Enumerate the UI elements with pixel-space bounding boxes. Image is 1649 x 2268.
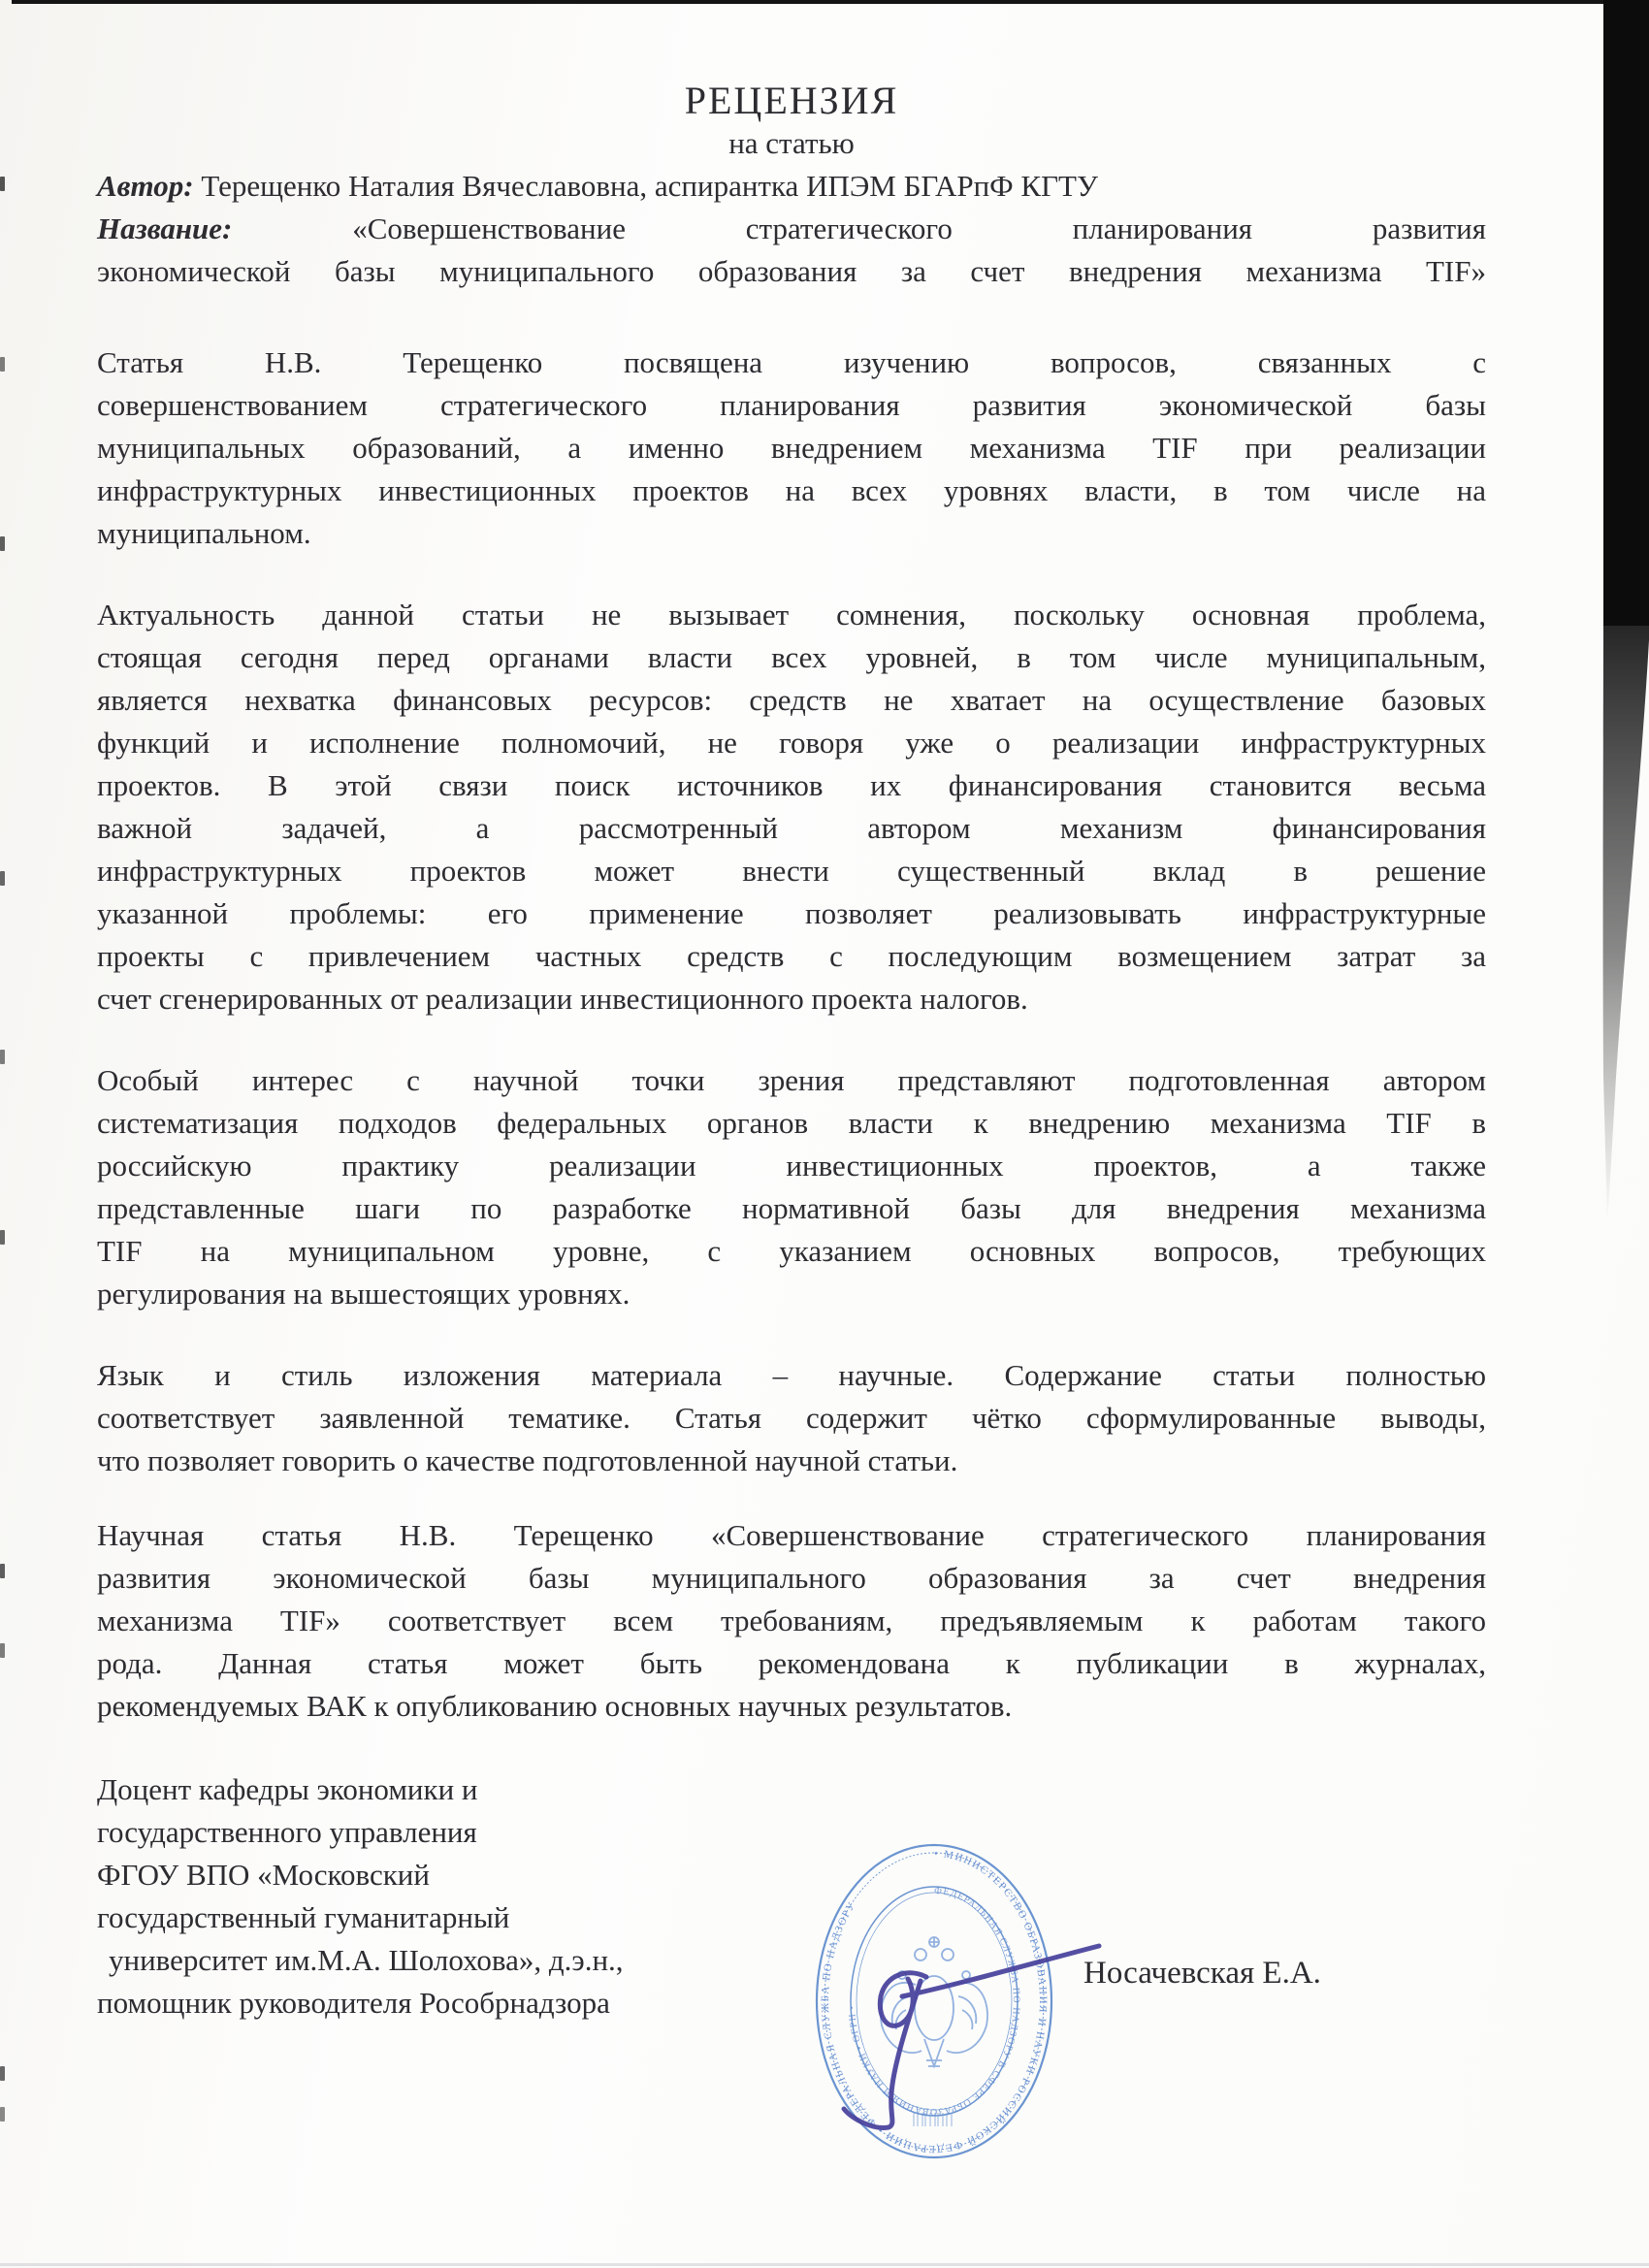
paragraph-line: муниципальном.	[97, 512, 1486, 555]
scan-artifact-right-blob	[1571, 0, 1649, 1232]
stamp-eagle-emblem	[881, 1937, 987, 2066]
paragraph-line: счет сгенерированных от реализации инвес…	[97, 978, 1486, 1021]
author-label: Автор:	[97, 169, 194, 203]
paragraph-line: российскую практику реализации инвестици…	[97, 1145, 1486, 1187]
signer-name: Носачевская Е.А.	[1083, 1956, 1321, 1992]
paragraph: Актуальность данной статьи не вызывает с…	[97, 594, 1486, 1021]
reviewer-position-line: государственного управления	[97, 1811, 624, 1854]
scan-artifact-bottom-edge	[0, 2263, 1649, 2266]
paragraph-line: муниципальных образований, а именно внед…	[97, 427, 1486, 470]
reviewer-position-line: помощник руководителя Рособрнадзора	[97, 1982, 624, 2025]
paragraph: Язык и стиль изложения материала – научн…	[97, 1354, 1486, 1482]
stamp-inner-ring-text: ФЕДЕРАЛЬНАЯ СЛУЖБА ПО НАДЗОРУ В СФЕРЕ ОБ…	[847, 1886, 1021, 2117]
paragraph-line: развития экономической базы муниципально…	[97, 1557, 1486, 1600]
scan-artifact-left-tick	[0, 2107, 5, 2122]
page-title: РЕЦЕНЗИЯ	[97, 80, 1486, 122]
paragraph-line: указанной проблемы: его применение позво…	[97, 892, 1486, 935]
paragraph-line: важной задачей, а рассмотренный автором …	[97, 807, 1486, 850]
official-stamp: • МИНИСТЕРСТВО ОБРАЗОВАНИЯ И НАУКИ РОССИ…	[793, 1822, 1123, 2190]
reviewer-position-line: Доцент кафедры экономики и	[97, 1768, 624, 1811]
article-title-line: Название: «Совершенствование стратегичес…	[97, 208, 1486, 250]
reviewer-position-line: государственный гуманитарный	[97, 1896, 624, 1939]
paragraph-line: механизма TIF» соответствует всем требов…	[97, 1600, 1486, 1642]
scan-artifact-left-tick	[0, 1230, 5, 1245]
paragraph: Статья Н.В. Терещенко посвящена изучению…	[97, 341, 1486, 555]
paragraph-line: рекомендуемых ВАК к опубликованию основн…	[97, 1685, 1486, 1728]
author-text: Терещенко Наталия Вячеславовна, аспирант…	[201, 169, 1098, 203]
paragraph-line: Язык и стиль изложения материала – научн…	[97, 1354, 1486, 1397]
paragraph-line: регулирования на вышестоящих уровнях.	[97, 1273, 1486, 1315]
scan-artifact-left-tick	[0, 536, 5, 551]
reviewer-position-line: университет им.М.А. Шолохова», д.э.н.,	[97, 1939, 624, 1982]
scan-artifact-left-tick	[0, 2066, 5, 2081]
paragraph-line: совершенствованием стратегического плани…	[97, 384, 1486, 427]
article-title-label: Название:	[97, 211, 232, 245]
paragraph-line: TIF на муниципальном уровне, с указанием…	[97, 1230, 1486, 1273]
scan-artifact-left-tick	[0, 1050, 5, 1064]
paragraph-line: проектов. В этой связи поиск источников …	[97, 764, 1486, 807]
paragraph-line: инфраструктурных инвестиционных проектов…	[97, 470, 1486, 512]
review-body: Статья Н.В. Терещенко посвящена изучению…	[97, 341, 1486, 1728]
scan-artifact-left-tick	[0, 1643, 5, 1658]
scan-artifact-left-tick	[0, 177, 5, 191]
scan-artifact-left-tick	[0, 871, 5, 886]
paragraph-line: Особый интерес с научной точки зрения пр…	[97, 1059, 1486, 1102]
paragraph-line: систематизация подходов федеральных орга…	[97, 1102, 1486, 1145]
scan-artifact-top-edge	[12, 0, 1649, 4]
paragraph-line: проекты с привлечением частных средств с…	[97, 935, 1486, 978]
paragraph: Особый интерес с научной точки зрения пр…	[97, 1059, 1486, 1315]
reviewer-position-block: Доцент кафедры экономики игосударственно…	[97, 1768, 624, 2025]
author-line: Автор: Терещенко Наталия Вячеславовна, а…	[97, 165, 1486, 208]
paragraph-line: является нехватка финансовых ресурсов: с…	[97, 679, 1486, 722]
paragraph-line: рода. Данная статья может быть рекомендо…	[97, 1642, 1486, 1685]
scan-artifact-left-tick	[0, 1564, 5, 1578]
scan-artifact-left-tick	[0, 357, 5, 372]
reviewer-position-line: ФГОУ ВПО «Московский	[97, 1854, 624, 1896]
paragraph-line: представленные шаги по разработке нормат…	[97, 1187, 1486, 1230]
paragraph-line: Научная статья Н.В. Терещенко «Совершенс…	[97, 1514, 1486, 1557]
scanned-review-page: РЕЦЕНЗИЯ на статью Автор: Терещенко Ната…	[0, 0, 1649, 2268]
article-title-lines: Название: «Совершенствование стратегичес…	[97, 208, 1486, 293]
paragraph-line: Актуальность данной статьи не вызывает с…	[97, 594, 1486, 636]
paragraph-line: функций и исполнение полномочий, не гово…	[97, 722, 1486, 764]
article-title-line: экономической базы муниципального образо…	[97, 250, 1486, 293]
paragraph-line: что позволяет говорить о качестве подгот…	[97, 1440, 1486, 1482]
document-content: РЕЦЕНЗИЯ на статью Автор: Терещенко Ната…	[97, 80, 1486, 1728]
page-subtitle: на статью	[97, 122, 1486, 165]
paragraph-line: соответствует заявленной тематике. Стать…	[97, 1397, 1486, 1440]
paragraph: Научная статья Н.В. Терещенко «Совершенс…	[97, 1514, 1486, 1728]
paragraph-line: стоящая сегодня перед органами власти вс…	[97, 636, 1486, 679]
paragraph-line: инфраструктурных проектов может внести с…	[97, 850, 1486, 892]
paragraph-line: Статья Н.В. Терещенко посвящена изучению…	[97, 341, 1486, 384]
